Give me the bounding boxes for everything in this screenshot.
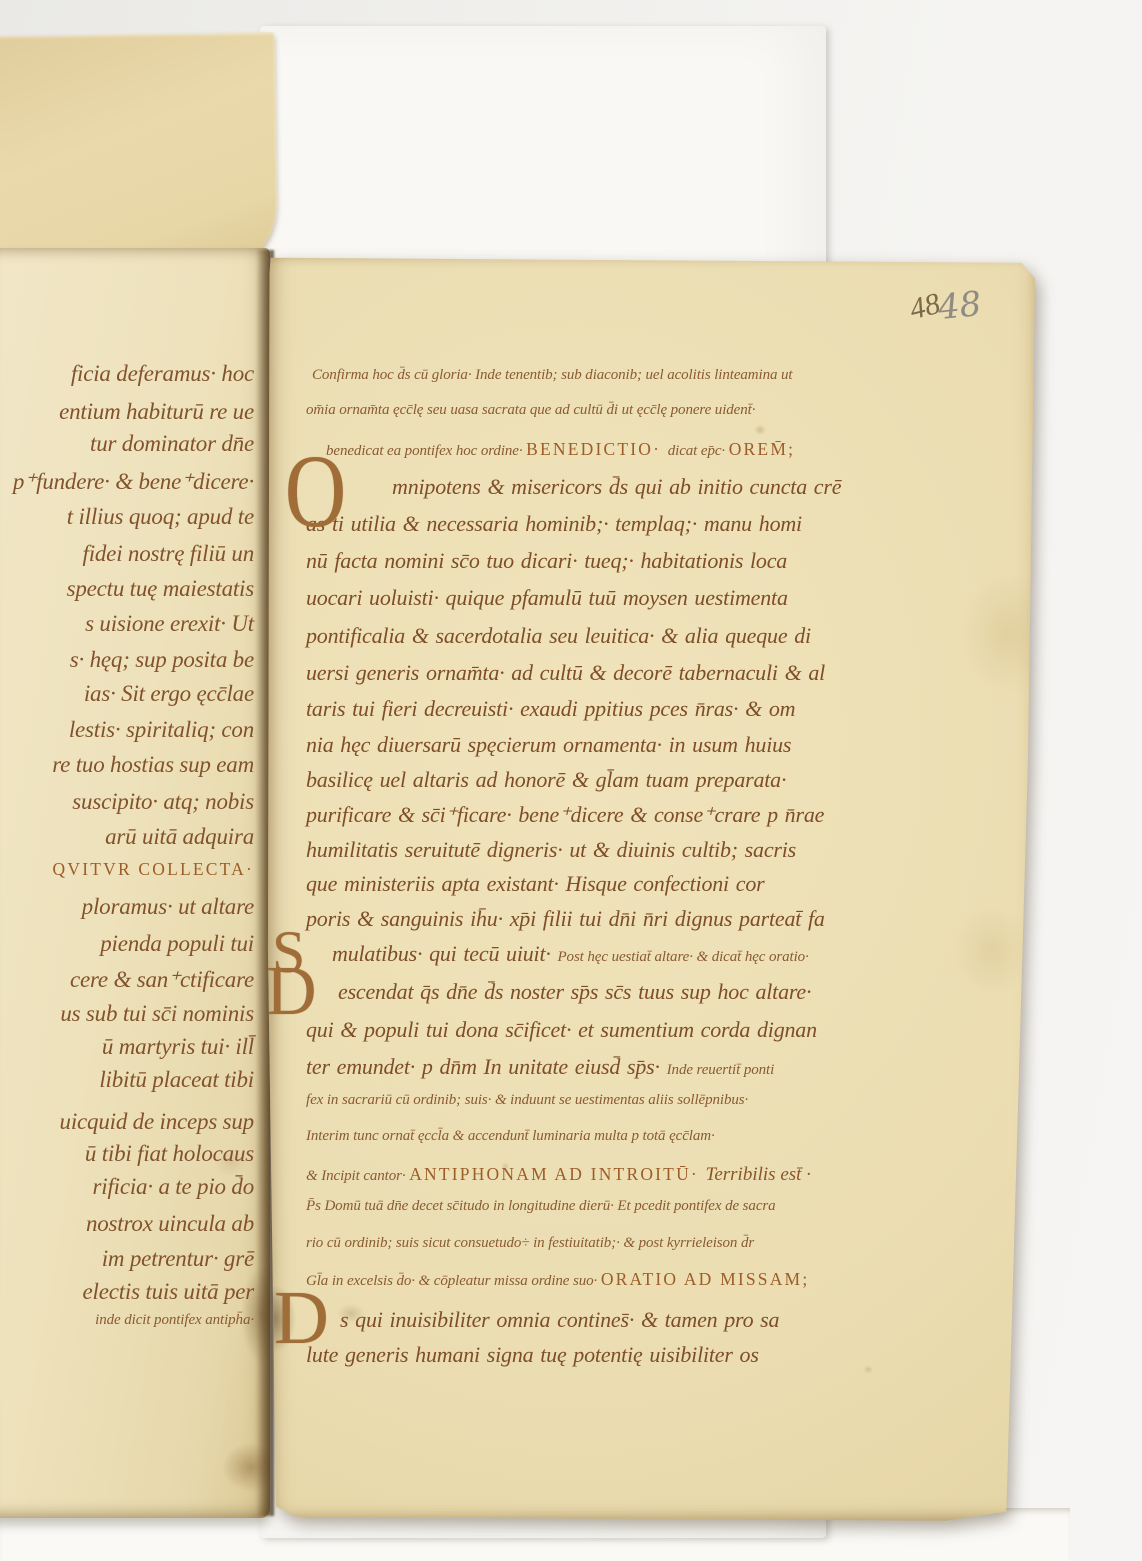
text-line: benedicat ea pontifex hoc ordine· BENEDI… bbox=[326, 439, 795, 460]
text-segment: t illius quoq; apud te bbox=[67, 504, 254, 529]
text-line: rio cū ordinib; suis sicut consuetudo÷ i… bbox=[306, 1234, 754, 1252]
text-segment: s· hęq; sup posita be bbox=[70, 647, 254, 672]
text-segment: ū tibi fiat holocaus bbox=[85, 1141, 254, 1166]
text-segment: as ti utilia & necessaria hominib;· temp… bbox=[306, 511, 802, 536]
text-line: humilitatis seruitutē digneris· ut & diu… bbox=[306, 837, 796, 863]
left-page: ficia deferamus· hocentium habiturū re u… bbox=[0, 248, 270, 1518]
text-segment: inde dicit pontifex antiph̄a· bbox=[95, 1312, 254, 1328]
text-line: s uisione erexit· Ut bbox=[85, 611, 254, 637]
illuminated-initial: O bbox=[285, 450, 347, 533]
right-page: 48 48 Confirma hoc d̄s cū gloria· Inde t… bbox=[266, 252, 1038, 1522]
text-line: fex in sacrariū cū ordinib; suis· & indu… bbox=[306, 1091, 748, 1109]
text-line: as ti utilia & necessaria hominib;· temp… bbox=[306, 511, 802, 537]
illuminated-initial: D bbox=[266, 964, 317, 1020]
text-segment: & Incipit cantor· bbox=[306, 1168, 409, 1184]
text-line: suscipito· atq; nobis bbox=[72, 789, 254, 815]
text-line: s qui inuisibiliter omnia contines̄· & t… bbox=[340, 1307, 779, 1333]
text-segment: im petrentur· grē bbox=[102, 1246, 254, 1271]
text-segment: Confirma hoc d̄s cū gloria· Inde tenenti… bbox=[312, 367, 793, 383]
text-segment: ORATIO AD MISSAM; bbox=[601, 1269, 810, 1289]
text-segment: nostrox uincula ab bbox=[86, 1211, 254, 1236]
text-segment: escendat q̄s dn̄e d̄s noster sp̄s sc̄s t… bbox=[338, 979, 811, 1004]
text-segment: purificare & sc̄i⁺ficare· bene⁺dicere & … bbox=[306, 802, 824, 827]
text-line: fidei nostrę filiū un bbox=[83, 541, 255, 567]
text-line: uersi generis ornam̄ta· ad cultū & decor… bbox=[306, 660, 825, 686]
text-segment: re tuo hostias sup eam bbox=[52, 752, 254, 777]
text-line: cere & san⁺ctificare bbox=[70, 967, 254, 993]
text-line: mulatibus· qui tecū uiuit· Post hęc uest… bbox=[332, 941, 809, 967]
text-line: purificare & sc̄i⁺ficare· bene⁺dicere & … bbox=[306, 802, 824, 828]
text-line: s· hęq; sup posita be bbox=[70, 647, 254, 673]
text-segment: arū uitā adquira bbox=[105, 824, 254, 849]
text-segment: uersi generis ornam̄ta· ad cultū & decor… bbox=[306, 660, 825, 685]
text-line: inde dicit pontifex antiph̄a· bbox=[95, 1311, 254, 1329]
text-segment: Inde reuertit̄ ponti bbox=[667, 1062, 775, 1078]
text-line: lute generis humani signa tuę potentię u… bbox=[306, 1342, 759, 1368]
text-line: t illius quoq; apud te bbox=[67, 504, 254, 530]
text-segment: ANTIPHONAM AD INTROITŪ· bbox=[409, 1164, 705, 1184]
text-line: poris & sanguinis ih̄u· xp̄i filii tui d… bbox=[306, 906, 825, 932]
text-segment: s uisione erexit· Ut bbox=[85, 611, 254, 636]
text-line: Gl̄a in excelsis d̄o· & cōpleatur missa … bbox=[306, 1269, 809, 1290]
text-segment: Interim tunc ornat̄ ęccl̄a & accendunt̄ … bbox=[306, 1128, 715, 1144]
text-segment: poris & sanguinis ih̄u· xp̄i filii tui d… bbox=[306, 906, 825, 931]
text-line: tur dominator dn̄e bbox=[90, 431, 254, 457]
text-segment: ter emundet· p dn̄m In unitate eiusd̄ sp… bbox=[306, 1054, 667, 1079]
text-segment: om̄ia ornam̄ta ęcc̄lę seu uasa sacrata q… bbox=[306, 402, 755, 418]
text-segment: benedicat ea pontifex hoc ordine· bbox=[326, 443, 526, 459]
text-segment: cere & san⁺ctificare bbox=[70, 967, 254, 992]
text-line: qui & populi tui dona sc̄ificet· et sume… bbox=[306, 1017, 817, 1043]
text-line: lestis· spiritaliq; con bbox=[69, 717, 254, 743]
text-segment: entium habiturū re ue bbox=[59, 399, 254, 424]
text-line: im petrentur· grē bbox=[102, 1246, 254, 1272]
text-segment: spectu tuę maiestatis bbox=[67, 576, 254, 601]
text-line: nostrox uincula ab bbox=[86, 1211, 254, 1237]
text-line: ias· Sit ergo ęcc̄lae bbox=[84, 681, 254, 707]
text-segment: s qui inuisibiliter omnia contines̄· & t… bbox=[340, 1307, 779, 1332]
text-segment: Gl̄a in excelsis d̄o· & cōpleatur missa … bbox=[306, 1273, 601, 1289]
text-segment: p⁺fundere· & bene⁺dicere· bbox=[13, 469, 254, 494]
text-line: escendat q̄s dn̄e d̄s noster sp̄s sc̄s t… bbox=[338, 979, 811, 1005]
text-line: taris tui fieri decreuisti· exaudi ppiti… bbox=[306, 696, 795, 722]
text-line: & Incipit cantor· ANTIPHONAM AD INTROITŪ… bbox=[306, 1164, 811, 1186]
text-segment: rificia· a te pio d̄o bbox=[93, 1174, 254, 1199]
text-line: entium habiturū re ue bbox=[59, 399, 254, 425]
text-line: ficia deferamus· hoc bbox=[71, 361, 254, 387]
text-line: pontificalia & sacerdotalia seu leuitica… bbox=[306, 623, 811, 649]
text-segment: basilicę uel altaris ad honorē & gl̄am t… bbox=[306, 767, 786, 792]
text-line: ū martyris tui· ill̄ bbox=[102, 1034, 254, 1060]
text-segment: pienda populi tui bbox=[100, 931, 254, 956]
text-line: QVITVR COLLECTA· bbox=[53, 859, 254, 880]
text-line: re tuo hostias sup eam bbox=[52, 752, 254, 778]
text-segment: taris tui fieri decreuisti· exaudi ppiti… bbox=[306, 696, 795, 721]
text-segment: electis tuis uitā per bbox=[83, 1279, 254, 1304]
text-line: us sub tui sc̄i nominis bbox=[60, 1001, 254, 1027]
text-line: uocari uoluisti· quique pfamulū tuū moys… bbox=[306, 585, 788, 611]
text-line: basilicę uel altaris ad honorē & gl̄am t… bbox=[306, 767, 786, 793]
text-line: uicquid de inceps sup bbox=[60, 1109, 254, 1135]
text-segment: Terribilis est̄ · bbox=[706, 1164, 811, 1185]
text-line: spectu tuę maiestatis bbox=[67, 576, 254, 602]
text-segment: libitū placeat tibi bbox=[99, 1067, 254, 1092]
text-line: ter emundet· p dn̄m In unitate eiusd̄ sp… bbox=[306, 1054, 774, 1080]
text-segment: que ministeriis apta existant· Hisque co… bbox=[306, 871, 765, 896]
text-segment: suscipito· atq; nobis bbox=[72, 789, 254, 814]
text-segment: pontificalia & sacerdotalia seu leuitica… bbox=[306, 623, 811, 648]
text-segment: rio cū ordinib; suis sicut consuetudo÷ i… bbox=[306, 1235, 754, 1251]
text-segment: uicquid de inceps sup bbox=[60, 1109, 254, 1134]
text-segment: mnipotens & misericors d̄s qui ab initio… bbox=[392, 474, 841, 499]
text-segment: QVITVR COLLECTA· bbox=[53, 859, 254, 879]
text-segment: lute generis humani signa tuę potentię u… bbox=[306, 1342, 759, 1367]
text-segment: BENEDICTIO· bbox=[526, 439, 668, 459]
text-line: p⁺fundere· & bene⁺dicere· bbox=[13, 469, 254, 495]
text-segment: dicat ep̄c· bbox=[668, 443, 729, 459]
folio-number-pencil: 48 bbox=[936, 284, 983, 328]
text-line: pienda populi tui bbox=[100, 931, 254, 957]
text-segment: ias· Sit ergo ęcc̄lae bbox=[84, 681, 254, 706]
text-segment: fidei nostrę filiū un bbox=[83, 541, 255, 566]
text-segment: ū martyris tui· ill̄ bbox=[102, 1034, 254, 1059]
text-segment: fex in sacrariū cū ordinib; suis· & indu… bbox=[306, 1092, 748, 1108]
text-segment: humilitatis seruitutē digneris· ut & diu… bbox=[306, 837, 796, 862]
text-line: electis tuis uitā per bbox=[83, 1279, 254, 1305]
text-segment: uocari uoluisti· quique pfamulū tuū moys… bbox=[306, 585, 788, 610]
text-segment: nū facta nomini sc̄o tuo dicari· tueq;· … bbox=[306, 548, 787, 573]
text-line: ploramus· ut altare bbox=[82, 894, 254, 920]
text-line: om̄ia ornam̄ta ęcc̄lę seu uasa sacrata q… bbox=[306, 401, 755, 419]
text-segment: qui & populi tui dona sc̄ificet· et sume… bbox=[306, 1017, 817, 1042]
text-line: que ministeriis apta existant· Hisque co… bbox=[306, 871, 765, 897]
text-segment: lestis· spiritaliq; con bbox=[69, 717, 254, 742]
text-line: P̄s Domū tuā dn̄e decet sc̄itudo in long… bbox=[306, 1197, 776, 1215]
manuscript-photo: ficia deferamus· hocentium habiturū re u… bbox=[0, 0, 1142, 1561]
text-segment: OREM̄; bbox=[729, 439, 795, 459]
text-line: nū facta nomini sc̄o tuo dicari· tueq;· … bbox=[306, 548, 787, 574]
text-segment: tur dominator dn̄e bbox=[90, 431, 254, 456]
text-segment: P̄s Domū tuā dn̄e decet sc̄itudo in long… bbox=[306, 1198, 776, 1214]
illuminated-initial: D bbox=[274, 1288, 329, 1349]
text-line: Confirma hoc d̄s cū gloria· Inde tenenti… bbox=[312, 366, 793, 384]
text-line: ū tibi fiat holocaus bbox=[85, 1141, 254, 1167]
text-line: arū uitā adquira bbox=[105, 824, 254, 850]
text-segment: ficia deferamus· hoc bbox=[71, 361, 254, 386]
text-segment: us sub tui sc̄i nominis bbox=[60, 1001, 254, 1026]
text-line: libitū placeat tibi bbox=[99, 1067, 254, 1093]
text-segment: ploramus· ut altare bbox=[82, 894, 254, 919]
text-segment: mulatibus· qui tecū uiuit· bbox=[332, 941, 557, 966]
text-line: nia hęc diuersarū spęcierum ornamenta· i… bbox=[306, 732, 791, 758]
text-segment: Post hęc uestiat̄ altare· & dicat̄ hęc o… bbox=[557, 949, 808, 965]
folded-leaf-corner bbox=[0, 32, 278, 260]
text-segment: nia hęc diuersarū spęcierum ornamenta· i… bbox=[306, 732, 791, 757]
text-line: Interim tunc ornat̄ ęccl̄a & accendunt̄ … bbox=[306, 1127, 715, 1145]
text-line: mnipotens & misericors d̄s qui ab initio… bbox=[392, 474, 841, 500]
text-line: rificia· a te pio d̄o bbox=[93, 1174, 254, 1200]
